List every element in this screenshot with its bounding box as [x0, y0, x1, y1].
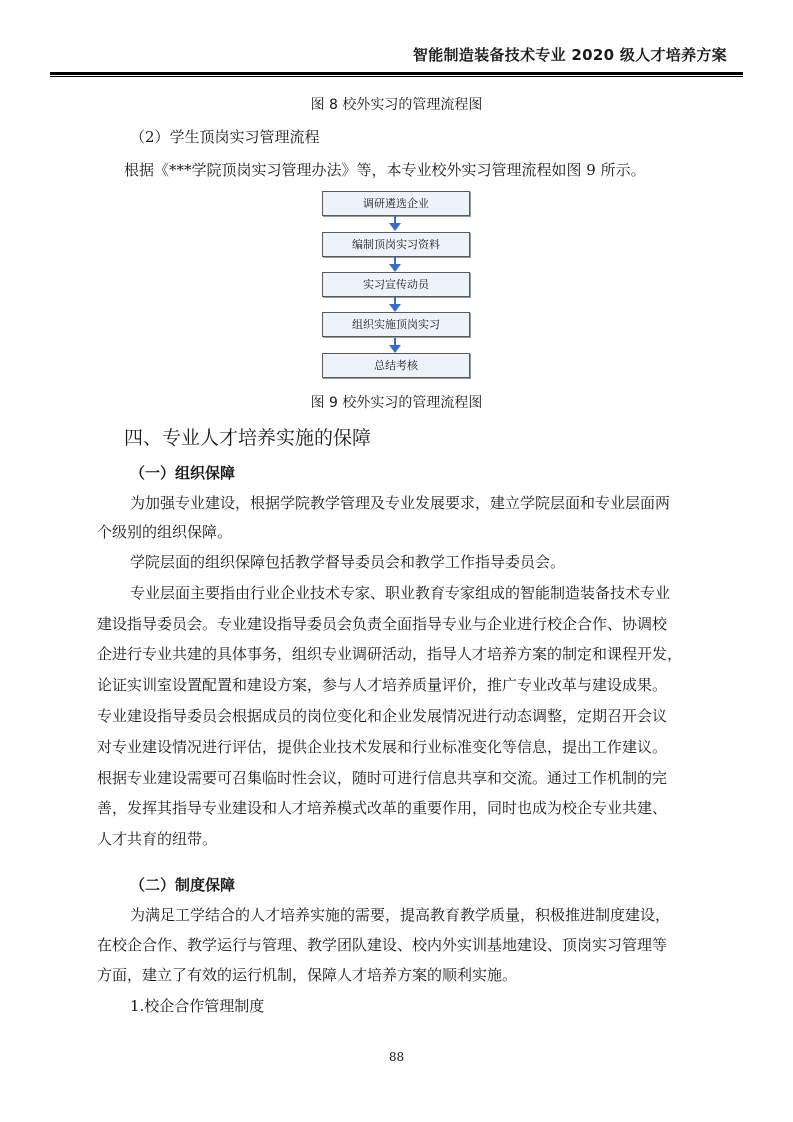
sub1-line: 善，发挥其指导专业建设和人才培养模式改革的重要作用，同时也成为校企专业共建、: [97, 797, 667, 818]
sub1-line: 根据专业建设需要可召集临时性会议，随时可进行信息共享和交流。通过工作机制的完: [97, 767, 667, 788]
section-2-heading: （2）学生顶岗实习管理流程: [130, 126, 320, 147]
arrow-down-icon: [389, 345, 401, 353]
sub1-line: 学院层面的组织保障包括教学督导委员会和教学工作指导委员会。: [130, 551, 565, 572]
sub1-line: 企进行专业共建的具体事务，组织专业调研活动，指导人才培养方案的制定和课程开发，: [97, 643, 682, 664]
header-rule-thin: [50, 76, 743, 77]
sub2-heading: （二）制度保障: [130, 874, 235, 895]
flow-step-2: 编制顶岗实习资料: [322, 232, 470, 257]
flow-step-4: 组织实施顶岗实习: [322, 312, 470, 337]
sub2-line: 在校企合作、教学运行与管理、教学团队建设、校内外实训基地建设、顶岗实习管理等: [97, 934, 667, 955]
flow-step-1: 调研遴选企业: [322, 191, 470, 216]
arrow-down-icon: [389, 304, 401, 312]
figure9-caption: 图 9 校外实习的管理流程图: [0, 392, 793, 412]
intro-line: 根据《***学院顶岗实习管理办法》等，本专业校外实习管理流程如图 9 所示。: [124, 159, 646, 180]
sub1-line: 对专业建设情况进行评估，提供企业技术发展和行业标准变化等信息，提出工作建议。: [97, 736, 667, 757]
sub1-line: 专业层面主要指由行业企业技术专家、职业教育专家组成的智能制造装备技术专业: [130, 582, 670, 603]
sub1-line: 专业建设指导委员会根据成员的岗位变化和企业发展情况进行动态调整，定期召开会议: [97, 705, 667, 726]
flow-step-3: 实习宣传动员: [322, 272, 470, 297]
chapter-heading: 四、专业人才培养实施的保障: [124, 423, 371, 450]
flow-step-5: 总结考核: [322, 353, 470, 378]
sub2-line: 方面，建立了有效的运行机制，保障人才培养方案的顺利实施。: [97, 964, 517, 985]
sub2-line: 为满足工学结合的人才培养实施的需要，提高教育教学质量，积极推进制度建设，: [130, 904, 670, 925]
header-rule: [50, 72, 743, 75]
sub2-line: 1.校企合作管理制度: [130, 995, 264, 1016]
arrow-down-icon: [389, 264, 401, 272]
page-number: 88: [0, 1050, 793, 1064]
sub1-heading: （一）组织保障: [130, 462, 235, 483]
sub1-line: 建设指导委员会。专业建设指导委员会负责全面指导专业与企业进行校企合作、协调校: [97, 613, 667, 634]
header-title: 智能制造装备技术专业 2020 级人才培养方案: [413, 44, 727, 65]
sub1-line: 为加强专业建设，根据学院教学管理及专业发展要求，建立学院层面和专业层面两: [130, 492, 670, 513]
sub1-line: 人才共育的纽带。: [97, 828, 217, 849]
arrow-down-icon: [389, 223, 401, 231]
figure8-caption: 图 8 校外实习的管理流程图: [0, 94, 793, 114]
sub1-line: 个级别的组织保障。: [97, 521, 232, 542]
sub1-line: 论证实训室设置配置和建设方案，参与人才培养质量评价，推广专业改革与建设成果。: [97, 674, 667, 695]
